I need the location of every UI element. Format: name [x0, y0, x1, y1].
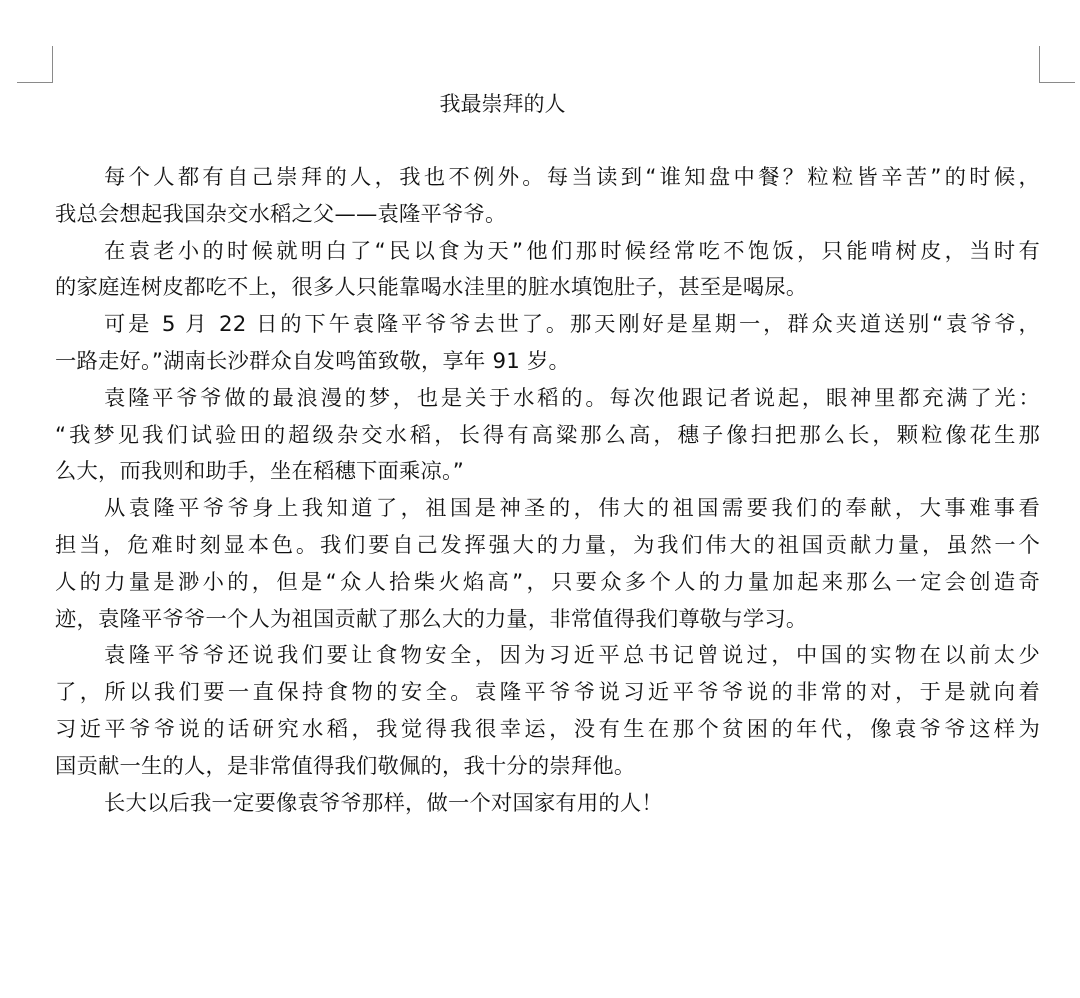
paragraph-4: 袁隆平爷爷做的最浪漫的梦，也是关于水稻的。每次他跟记者说起，眼神里都充满了光： …	[55, 381, 1040, 491]
text-line: 长大以后我一定要像袁爷爷那样，做一个对国家有用的人！	[55, 786, 1040, 823]
paragraph-1: 每个人都有自己崇拜的人，我也不例外。每当读到“谁知盘中餐？粒粒皆辛苦”的时候， …	[55, 160, 1040, 234]
text-line: 么大，而我则和助手，坐在稻穗下面乘凉。”	[55, 454, 1040, 491]
paragraph-5: 从袁隆平爷爷身上我知道了，祖国是神圣的，伟大的祖国需要我们的奉献，大事难事看 担…	[55, 491, 1040, 638]
text-line: 袁隆平爷爷还说我们要让食物安全，因为习近平总书记曾说过，中国的实物在以前太少	[55, 638, 1040, 675]
text-line: 国贡献一生的人，是非常值得我们敬佩的，我十分的崇拜他。	[55, 749, 1040, 786]
text-line: 可是 5 月 22 日的下午袁隆平爷爷去世了。那天刚好是星期一，群众夹道送别“袁…	[55, 307, 1040, 344]
paragraph-3: 可是 5 月 22 日的下午袁隆平爷爷去世了。那天刚好是星期一，群众夹道送别“袁…	[55, 307, 1040, 381]
text-line: 在袁老小的时候就明白了“民以食为天”他们那时候经常吃不饱饭，只能啃树皮，当时有	[55, 234, 1040, 271]
paragraph-7: 长大以后我一定要像袁爷爷那样，做一个对国家有用的人！	[55, 786, 1040, 823]
top-right-margin-mark	[1039, 46, 1075, 83]
text-line: 的家庭连树皮都吃不上，很多人只能靠喝水洼里的脏水填饱肚子，甚至是喝尿。	[55, 270, 1040, 307]
text-line: 担当，危难时刻显本色。我们要自己发挥强大的力量，为我们伟大的祖国贡献力量，虽然一…	[55, 528, 1040, 565]
text-line: 从袁隆平爷爷身上我知道了，祖国是神圣的，伟大的祖国需要我们的奉献，大事难事看	[55, 491, 1040, 528]
text-line: 一路走好。”湖南长沙群众自发鸣笛致敬，享年 91 岁。	[55, 344, 1040, 381]
text-line: “我梦见我们试验田的超级杂交水稻，长得有高粱那么高，穗子像扫把那么长，颗粒像花生…	[55, 418, 1040, 455]
text-line: 袁隆平爷爷做的最浪漫的梦，也是关于水稻的。每次他跟记者说起，眼神里都充满了光：	[55, 381, 1040, 418]
text-line: 习近平爷爷说的话研究水稻，我觉得我很幸运，没有生在那个贫困的年代，像袁爷爷这样为	[55, 712, 1040, 749]
text-line: 人的力量是渺小的，但是“众人拾柴火焰高”，只要众多个人的力量加起来那么一定会创造…	[55, 565, 1040, 602]
paragraph-6: 袁隆平爷爷还说我们要让食物安全，因为习近平总书记曾说过，中国的实物在以前太少 了…	[55, 638, 1040, 785]
text-line: 了，所以我们要一直保持食物的安全。袁隆平爷爷说习近平爷爷说的非常的对，于是就向着	[55, 675, 1040, 712]
text-line: 我总会想起我国杂交水稻之父——袁隆平爷爷。	[55, 197, 1040, 234]
text-line: 每个人都有自己崇拜的人，我也不例外。每当读到“谁知盘中餐？粒粒皆辛苦”的时候，	[55, 160, 1040, 197]
document-body[interactable]: 每个人都有自己崇拜的人，我也不例外。每当读到“谁知盘中餐？粒粒皆辛苦”的时候， …	[55, 160, 1040, 822]
top-left-margin-mark	[17, 46, 53, 83]
paragraph-2: 在袁老小的时候就明白了“民以食为天”他们那时候经常吃不饱饭，只能啃树皮，当时有 …	[55, 234, 1040, 308]
document-title: 我最崇拜的人	[0, 88, 1005, 118]
text-line: 迹，袁隆平爷爷一个人为祖国贡献了那么大的力量，非常值得我们尊敬与学习。	[55, 602, 1040, 639]
